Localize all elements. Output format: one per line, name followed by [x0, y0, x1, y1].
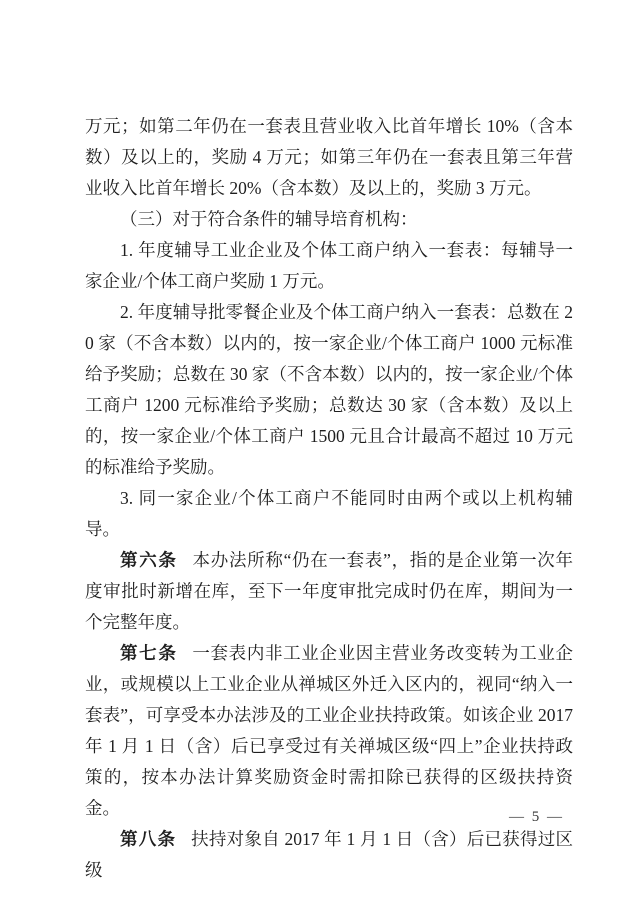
paragraph-list-header: （三）对于符合条件的辅导培育机构：	[85, 204, 573, 235]
document-page: 万元；如第二年仍在一套表且营业收入比首年增长 10%（含本数）及以上的，奖励 4…	[0, 0, 640, 905]
paragraph-article-7: 第七条一套表内非工业企业因主营业务改变转为工业企业，或规模以上工业企业从禅城区外…	[85, 638, 573, 824]
article-8-number: 第八条	[120, 829, 176, 849]
page-number: — 5 —	[509, 808, 564, 826]
paragraph-text: 3. 同一家企业/个体工商户不能同时由两个或以上机构辅导。	[85, 488, 573, 539]
paragraph-text: 一套表内非工业企业因主营业务改变转为工业企业，或规模以上工业企业从禅城区外迁入区…	[85, 643, 573, 818]
paragraph-text: 1. 年度辅导工业企业及个体工商户纳入一套表：每辅导一家企业/个体工商户奖励 1…	[85, 240, 573, 291]
paragraph-article-8: 第八条扶持对象自 2017 年 1 月 1 日（含）后已获得过区级	[85, 824, 573, 886]
paragraph-text: （三）对于符合条件的辅导培育机构：	[120, 209, 418, 229]
paragraph-item-2: 2. 年度辅导批零餐企业及个体工商户纳入一套表：总数在 20 家（不含本数）以内…	[85, 297, 573, 483]
article-6-number: 第六条	[120, 550, 178, 570]
article-7-number: 第七条	[120, 643, 177, 663]
paragraph-continuation: 万元；如第二年仍在一套表且营业收入比首年增长 10%（含本数）及以上的，奖励 4…	[85, 111, 573, 204]
paragraph-item-3: 3. 同一家企业/个体工商户不能同时由两个或以上机构辅导。	[85, 483, 573, 545]
paragraph-item-1: 1. 年度辅导工业企业及个体工商户纳入一套表：每辅导一家企业/个体工商户奖励 1…	[85, 235, 573, 297]
paragraph-text: 2. 年度辅导批零餐企业及个体工商户纳入一套表：总数在 20 家（不含本数）以内…	[85, 302, 573, 477]
paragraph-text: 万元；如第二年仍在一套表且营业收入比首年增长 10%（含本数）及以上的，奖励 4…	[85, 116, 573, 198]
document-body: 万元；如第二年仍在一套表且营业收入比首年增长 10%（含本数）及以上的，奖励 4…	[85, 111, 573, 886]
paragraph-article-6: 第六条本办法所称“仍在一套表”，指的是企业第一次年度审批时新增在库，至下一年度审…	[85, 545, 573, 638]
